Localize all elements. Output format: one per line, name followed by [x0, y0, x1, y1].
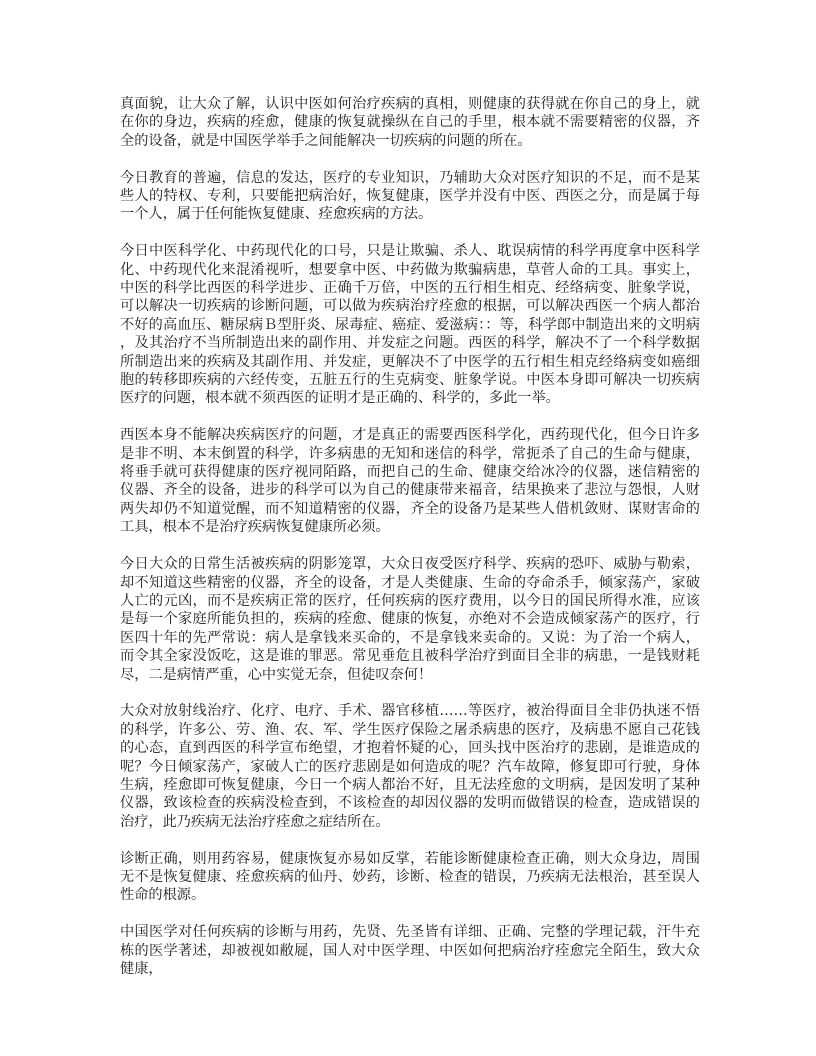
paragraph-7: 诊断正确，则用药容易，健康恢复亦易如反掌，若能诊断健康检查正确，则大众身边，周围… [120, 850, 700, 905]
paragraph-6: 大众对放射线治疗、化疗、电疗、手术、器官移植……等医疗，被治得面目全非仍执迷不悟… [120, 702, 700, 831]
paragraph-3: 今日中医科学化、中药现代化的口号，只是让欺骗、杀人、耽误病情的科学再度拿中医科学… [120, 242, 700, 408]
paragraph-2: 今日教育的普遍，信息的发达，医疗的专业知识，乃辅助大众对医疗知识的不足，而不是某… [120, 169, 700, 224]
document-page: 真面貌，让大众了解，认识中医如何治疗疾病的真相，则健康的获得就在你自己的身上，就… [120, 95, 700, 997]
paragraph-8: 中国医学对任何疾病的诊断与用药，先贤、先圣皆有详细、正确、完整的学理记载，汗牛充… [120, 923, 700, 978]
paragraph-5: 今日大众的日常生活被疾病的阴影笼罩，大众日夜受医疗科学、疾病的恐吓、威胁与勒索，… [120, 555, 700, 684]
paragraph-1: 真面貌，让大众了解，认识中医如何治疗疾病的真相，则健康的获得就在你自己的身上，就… [120, 95, 700, 150]
paragraph-4: 西医本身不能解决疾病医疗的问题，才是真正的需要西医科学化，西药现代化，但今日许多… [120, 426, 700, 536]
